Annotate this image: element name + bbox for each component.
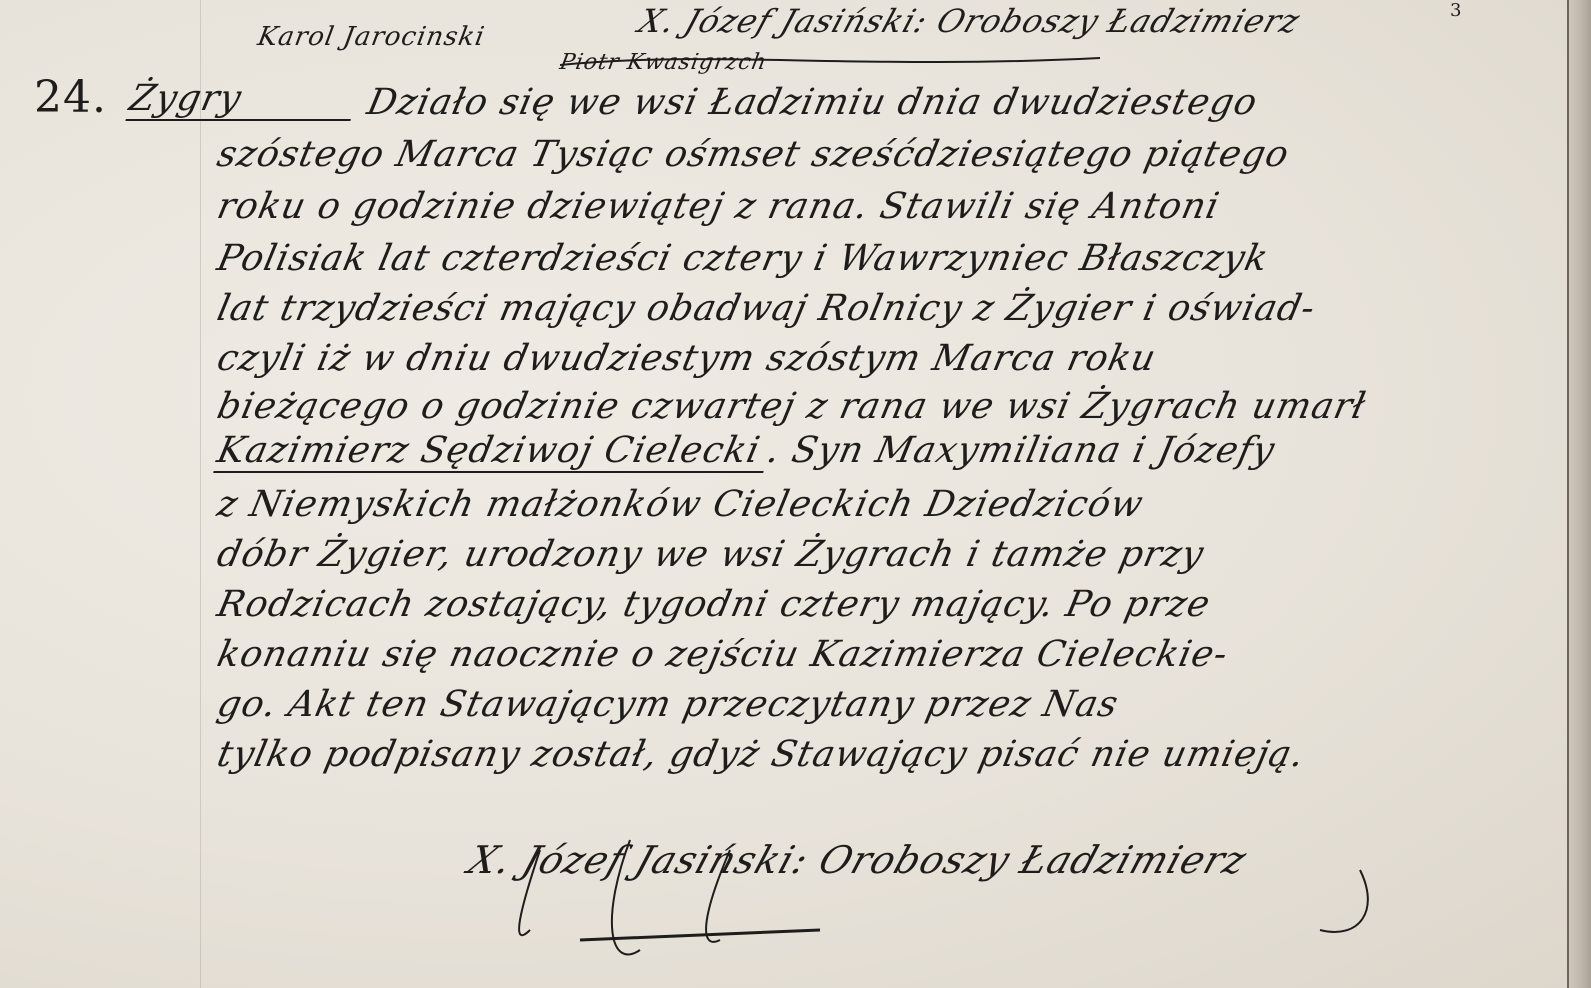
entry-line-12: konaniu się naocznie o zejściu Kazimierz… <box>214 634 1232 675</box>
signature-karol: Karol Jarocinski <box>255 22 487 52</box>
deceased-name: Kazimierz Sędziwoj Cielecki <box>213 430 772 473</box>
signature-official-top: X. Józef Jasiński: Oroboszy Ładzimierz <box>634 2 1305 40</box>
entry-village: Żygry <box>125 78 359 121</box>
entry-line-11: Rodzicach zostający, tygodni cztery mają… <box>214 584 1215 625</box>
entry-number: 24. <box>34 72 107 123</box>
entry-line-3: roku o godzinie dziewiątej z rana. Stawi… <box>214 186 1224 227</box>
page-edge <box>1567 0 1591 988</box>
entry-line-7: bieżącego o godzinie czwartej z rana we … <box>214 386 1370 427</box>
flourish-line-icon <box>560 40 1120 80</box>
margin-rule <box>200 0 201 988</box>
entry-line-6: czyli iż w dniu dwudziestym szóstym Marc… <box>214 338 1160 379</box>
entry-line-14: tylko podpisany został, gdyż Stawający p… <box>214 734 1309 775</box>
entry-line-1: Działo się we wsi Ładzimiu dnia dwudzies… <box>364 82 1262 123</box>
signature-flourish-icon <box>500 830 1400 980</box>
entry-line-5: lat trzydzieści mający obadwaj Rolnicy z… <box>214 288 1320 329</box>
entry-line-4: Polisiak lat czterdzieści cztery i Wawrz… <box>214 238 1273 279</box>
entry-line-9: z Niemyskich małżonków Cieleckich Dziedz… <box>214 484 1148 525</box>
corner-mark: 3 <box>1450 0 1462 21</box>
document-page: Karol Jarocinski Piotr Kwasigrzch X. Józ… <box>0 0 1591 988</box>
entry-line-8-rest: . Syn Maxymiliana i Józefy <box>763 430 1278 471</box>
entry-line-10: dóbr Żygier, urodzony we wsi Żygrach i t… <box>214 534 1208 575</box>
entry-line-13: go. Akt ten Stawającym przeczytany przez… <box>214 684 1123 725</box>
entry-line-2: szóstego Marca Tysiąc ośmset sześćdziesi… <box>214 134 1293 175</box>
